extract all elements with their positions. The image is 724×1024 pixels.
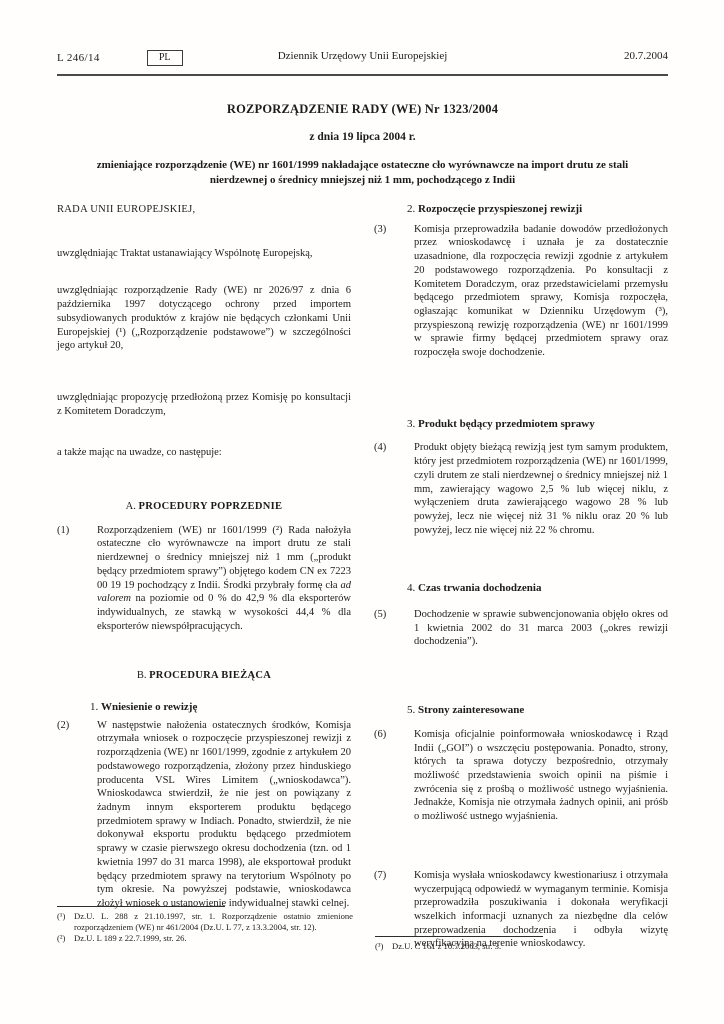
recital-5: (5) Dochodzenie w sprawie subwencjonowan… (374, 608, 668, 649)
section-letter: B. (137, 670, 147, 681)
subsection-title: Rozpoczęcie przyspieszonej rewizji (418, 203, 582, 215)
header-date: 20.7.2004 (624, 50, 668, 62)
footnote-separator (57, 906, 225, 907)
journal-title: Dziennik Urzędowy Unii Europejskiej (57, 50, 668, 62)
subsection-number: 3. (407, 418, 415, 430)
title-block: ROZPORZĄDZENIE RADY (WE) Nr 1323/2004 z … (57, 102, 668, 187)
left-column: RADA UNII EUROPEJSKIEJ, uwzględniając Tr… (57, 197, 351, 951)
recital-1: (1) Rozporządzeniem (WE) nr 1601/1999 (²… (57, 524, 351, 634)
preamble-commission-proposal: uwzględniając propozycję przedłożoną prz… (57, 391, 351, 418)
regulation-date-line: z dnia 19 lipca 2004 r. (57, 131, 668, 143)
section-title: PROCEDURY POPRZEDNIE (139, 501, 283, 512)
recital-4: (4) Produkt objęty bieżącą rewizją jest … (374, 441, 668, 537)
recital-3: (3) Komisja przeprowadziła badanie dowod… (374, 223, 668, 360)
subsection-number: 2. (407, 203, 415, 215)
recital-text: Komisja oficjalnie poinformowała wniosko… (414, 728, 668, 824)
journal-page: L 246/14 PL Dziennik Urzędowy Unii Europ… (0, 0, 724, 1024)
footnote-text: Dz.U. C 161 z 10.7.2003, str. 3. (392, 941, 668, 952)
footnote-separator (375, 936, 543, 937)
recital-text: Dochodzenie w sprawie subwencjonowania o… (414, 608, 668, 649)
footnote-marker: (³) (375, 941, 392, 952)
section-heading-b: B. PROCEDURA BIEŻĄCA (57, 669, 351, 683)
page-content: L 246/14 PL Dziennik Urzędowy Unii Europ… (57, 48, 668, 951)
preamble-basic-regulation: uwzględniając rozporządzenie Rady (WE) n… (57, 284, 351, 353)
recital-number: (3) (374, 223, 414, 360)
footnote-marker: (²) (57, 933, 74, 944)
section-heading-a: A. PROCEDURY POPRZEDNIE (57, 500, 351, 514)
recital-text: Komisja przeprowadziła badanie dowodów p… (414, 223, 668, 360)
subsection-number: 4. (407, 582, 415, 594)
subsection-title: Strony zainteresowane (418, 704, 524, 716)
running-header: L 246/14 PL Dziennik Urzędowy Unii Europ… (57, 48, 668, 68)
section-letter: A. (126, 501, 136, 512)
recital-number: (1) (57, 524, 97, 634)
subsection-heading-4: 4. Czas trwania dochodzenia (374, 582, 668, 596)
body-columns: RADA UNII EUROPEJSKIEJ, uwzględniając Tr… (57, 197, 668, 951)
footnote-text: Dz.U. L 189 z 22.7.1999, str. 26. (74, 933, 353, 944)
recital-number: (5) (374, 608, 414, 649)
subsection-heading-5: 5. Strony zainteresowane (374, 704, 668, 718)
right-column: 2. Rozpoczęcie przyspieszonej rewizji (3… (374, 197, 668, 951)
preamble-council: RADA UNII EUROPEJSKIEJ, (57, 203, 351, 217)
footnotes-right: (³) Dz.U. C 161 z 10.7.2003, str. 3. (375, 936, 668, 952)
subsection-title: Wniesienie o rewizję (101, 701, 197, 713)
subsection-title: Produkt będący przedmiotem sprawy (418, 418, 595, 430)
footnote-3: (³) Dz.U. C 161 z 10.7.2003, str. 3. (375, 941, 668, 952)
section-title: PROCEDURA BIEŻĄCA (149, 670, 271, 681)
subsection-number: 1. (90, 701, 98, 713)
recital-text: Rozporządzeniem (WE) nr 1601/1999 (²) Ra… (97, 524, 351, 634)
subsection-heading-2: 2. Rozpoczęcie przyspieszonej rewizji (374, 203, 668, 217)
recital-6: (6) Komisja oficjalnie poinformowała wni… (374, 728, 668, 824)
recital-text: Produkt objęty bieżącą rewizją jest tym … (414, 441, 668, 537)
subsection-heading-3: 3. Produkt będący przedmiotem sprawy (374, 418, 668, 432)
regulation-title: ROZPORZĄDZENIE RADY (WE) Nr 1323/2004 (57, 102, 668, 117)
footnotes-left: (¹) Dz.U. L. 288 z 21.10.1997, str. 1. R… (57, 906, 353, 945)
recital-1-text-post: na poziomie od 0 % do 42,9 % dla eksport… (97, 593, 351, 631)
footnote-marker: (¹) (57, 911, 74, 933)
recital-number: (2) (57, 719, 97, 911)
subsection-title: Czas trwania dochodzenia (418, 582, 541, 594)
preamble-whereas: a także mając na uwadze, co następuje: (57, 446, 351, 460)
recital-2: (2) W następstwie nałożenia ostatecznych… (57, 719, 351, 911)
regulation-subtitle: zmieniające rozporządzenie (WE) nr 1601/… (97, 158, 629, 187)
recital-1-text-pre: Rozporządzeniem (WE) nr 1601/1999 (²) Ra… (97, 525, 351, 591)
header-rule (57, 74, 668, 76)
footnote-text: Dz.U. L. 288 z 21.10.1997, str. 1. Rozpo… (74, 911, 353, 933)
subsection-number: 5. (407, 704, 415, 716)
footnote-2: (²) Dz.U. L 189 z 22.7.1999, str. 26. (57, 933, 353, 944)
footnote-1: (¹) Dz.U. L. 288 z 21.10.1997, str. 1. R… (57, 911, 353, 933)
subsection-heading-1: 1. Wniesienie o rewizję (57, 701, 351, 715)
preamble-treaty: uwzględniając Traktat ustanawiający Wspó… (57, 247, 351, 261)
recital-number: (4) (374, 441, 414, 537)
recital-number: (6) (374, 728, 414, 824)
recital-text: W następstwie nałożenia ostatecznych śro… (97, 719, 351, 911)
